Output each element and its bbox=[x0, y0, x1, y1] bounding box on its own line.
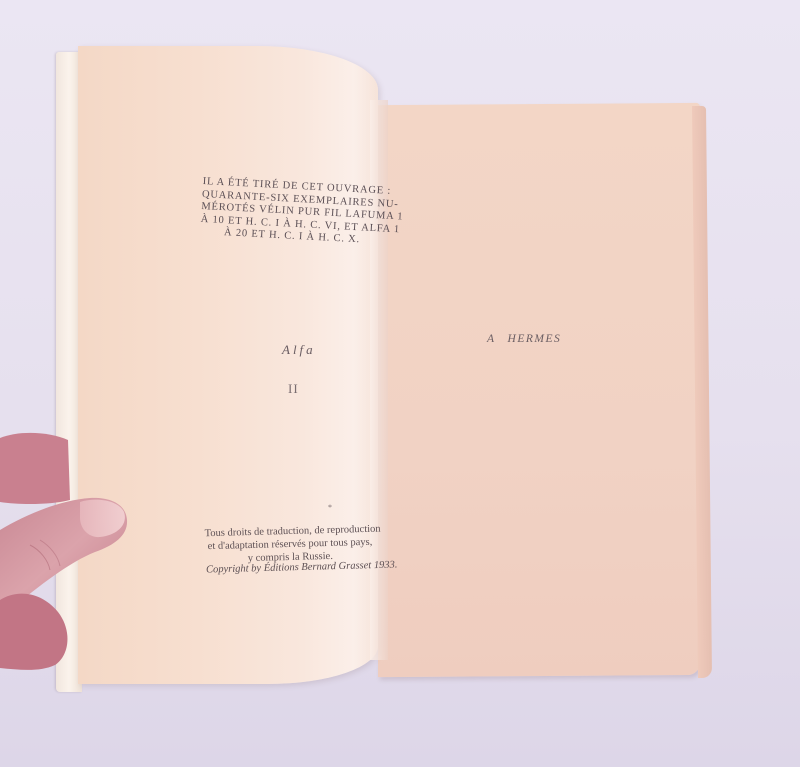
rights-notice: Tous droits de traduction, de reproducti… bbox=[205, 523, 376, 566]
paper-type-label: Alfa bbox=[282, 342, 316, 358]
book-photo-scene: Il a été tiré de cet ouvrage : quarante-… bbox=[0, 0, 800, 767]
copy-number: II bbox=[288, 381, 299, 397]
limitation-notice: Il a été tiré de cet ouvrage : quarante-… bbox=[200, 176, 378, 248]
dedication-prefix: A bbox=[487, 333, 496, 345]
left-page bbox=[78, 46, 378, 684]
dedication-name: HERMES bbox=[508, 333, 562, 345]
dedication: AHERMES bbox=[487, 333, 561, 345]
right-page bbox=[378, 103, 700, 677]
ornament-mark: * bbox=[328, 503, 332, 512]
